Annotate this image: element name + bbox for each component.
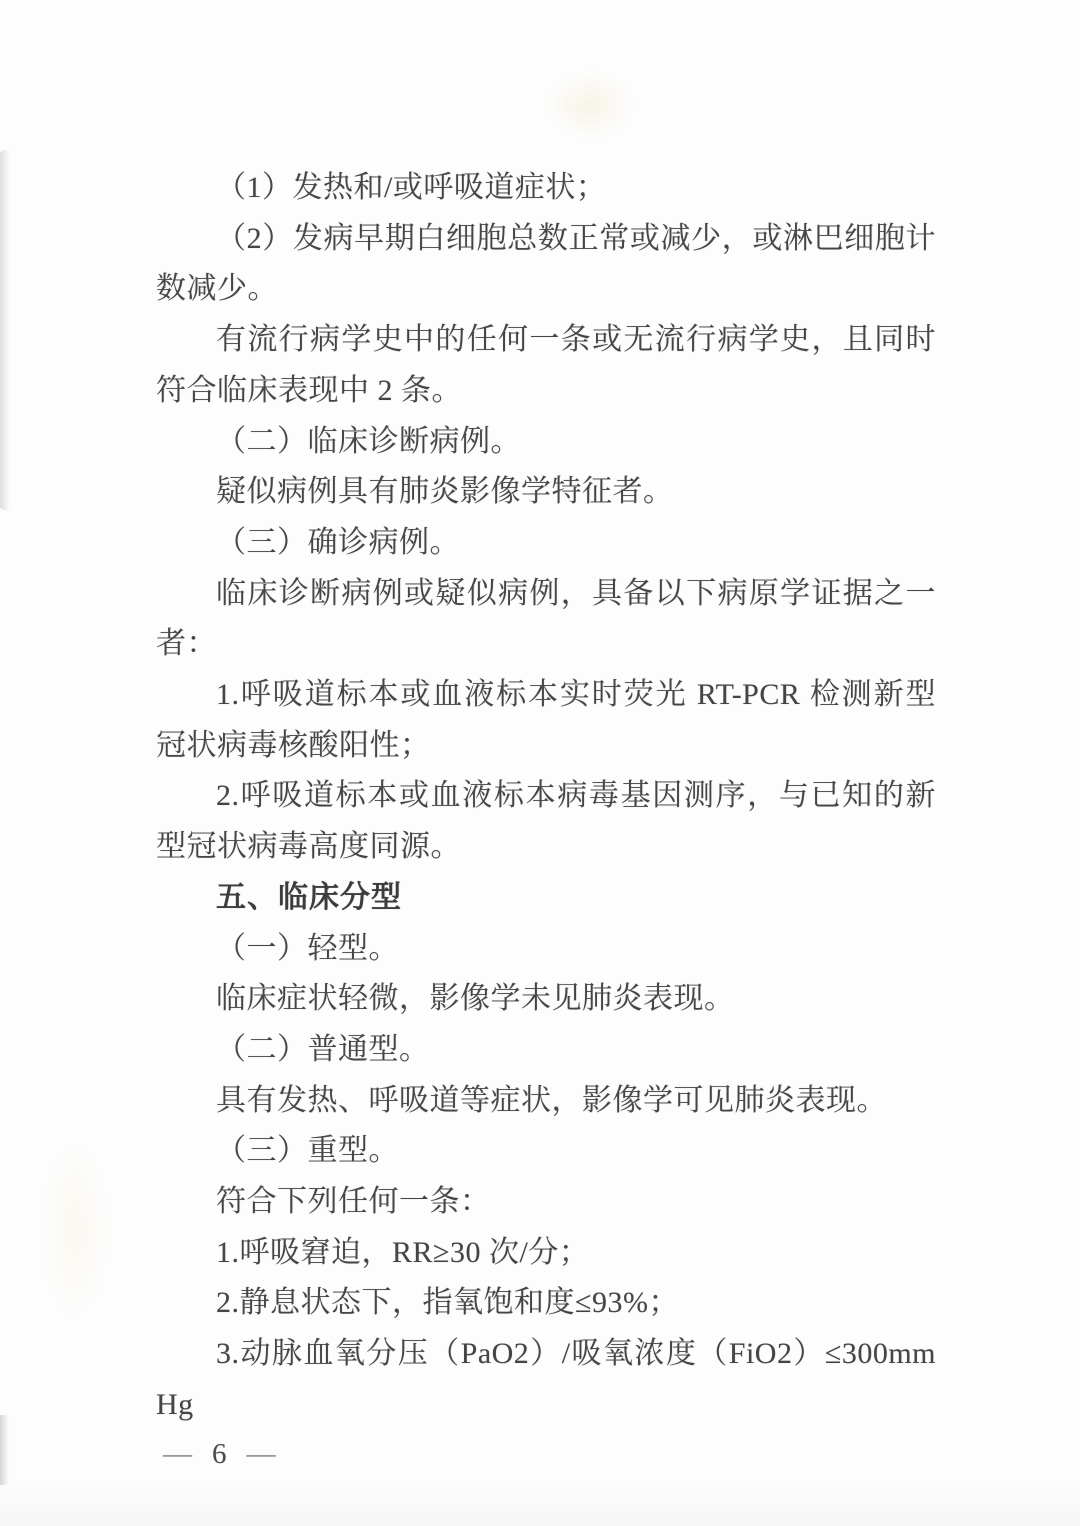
paragraph: （三）重型。 [156,1126,936,1177]
paragraph: 3.动脉血氧分压（PaO2）/吸氧浓度（FiO2）≤300mmHg [156,1329,936,1430]
paragraph: （三）确诊病例。 [156,518,936,569]
scan-vignette-bottom [0,1480,1080,1526]
footer-right-dash: — [247,1441,276,1467]
scan-artifact-left-edge [0,150,10,510]
paragraph: 具有发热、呼吸道等症状，影像学可见肺炎表现。 [156,1076,936,1127]
document-body: （1）发热和/或呼吸道症状；（2）发病早期白细胞总数正常或减少，或淋巴细胞计数减… [156,163,936,1431]
paragraph: （2）发病早期白细胞总数正常或减少，或淋巴细胞计数减少。 [156,214,936,315]
paragraph: 有流行病学史中的任何一条或无流行病学史，且同时符合临床表现中 2 条。 [156,315,936,416]
paragraph: 1.呼吸道标本或血液标本实时荧光 RT-PCR 检测新型冠状病毒核酸阳性； [156,670,936,771]
paragraph: 2.呼吸道标本或血液标本病毒基因测序，与已知的新型冠状病毒高度同源。 [156,771,936,872]
paragraph: 临床症状轻微，影像学未见肺炎表现。 [156,974,936,1025]
paragraph: 1.呼吸窘迫，RR≥30 次/分； [156,1228,936,1279]
paragraph: 疑似病例具有肺炎影像学特征者。 [156,467,936,518]
paragraph: （一）轻型。 [156,924,936,975]
paragraph: 临床诊断病例或疑似病例，具备以下病原学证据之一者： [156,569,936,670]
paragraph: （二）临床诊断病例。 [156,417,936,468]
paragraph: （二）普通型。 [156,1025,936,1076]
paragraph: 2.静息状态下，指氧饱和度≤93%； [156,1278,936,1329]
page-number: 6 [212,1438,227,1471]
paragraph: 符合下列任何一条： [156,1177,936,1228]
scanned-document-page: （1）发热和/或呼吸道症状；（2）发病早期白细胞总数正常或减少，或淋巴细胞计数减… [0,0,1080,1526]
footer-left-dash: — [163,1441,192,1467]
page-footer: — 6 — [163,1438,276,1471]
scan-smudge-left [40,1140,110,1320]
scan-smudge-top [545,70,635,140]
section-heading: 五、临床分型 [156,873,936,924]
paragraph: （1）发热和/或呼吸道症状； [156,163,936,214]
scan-artifact-bottom-left [0,1415,9,1485]
